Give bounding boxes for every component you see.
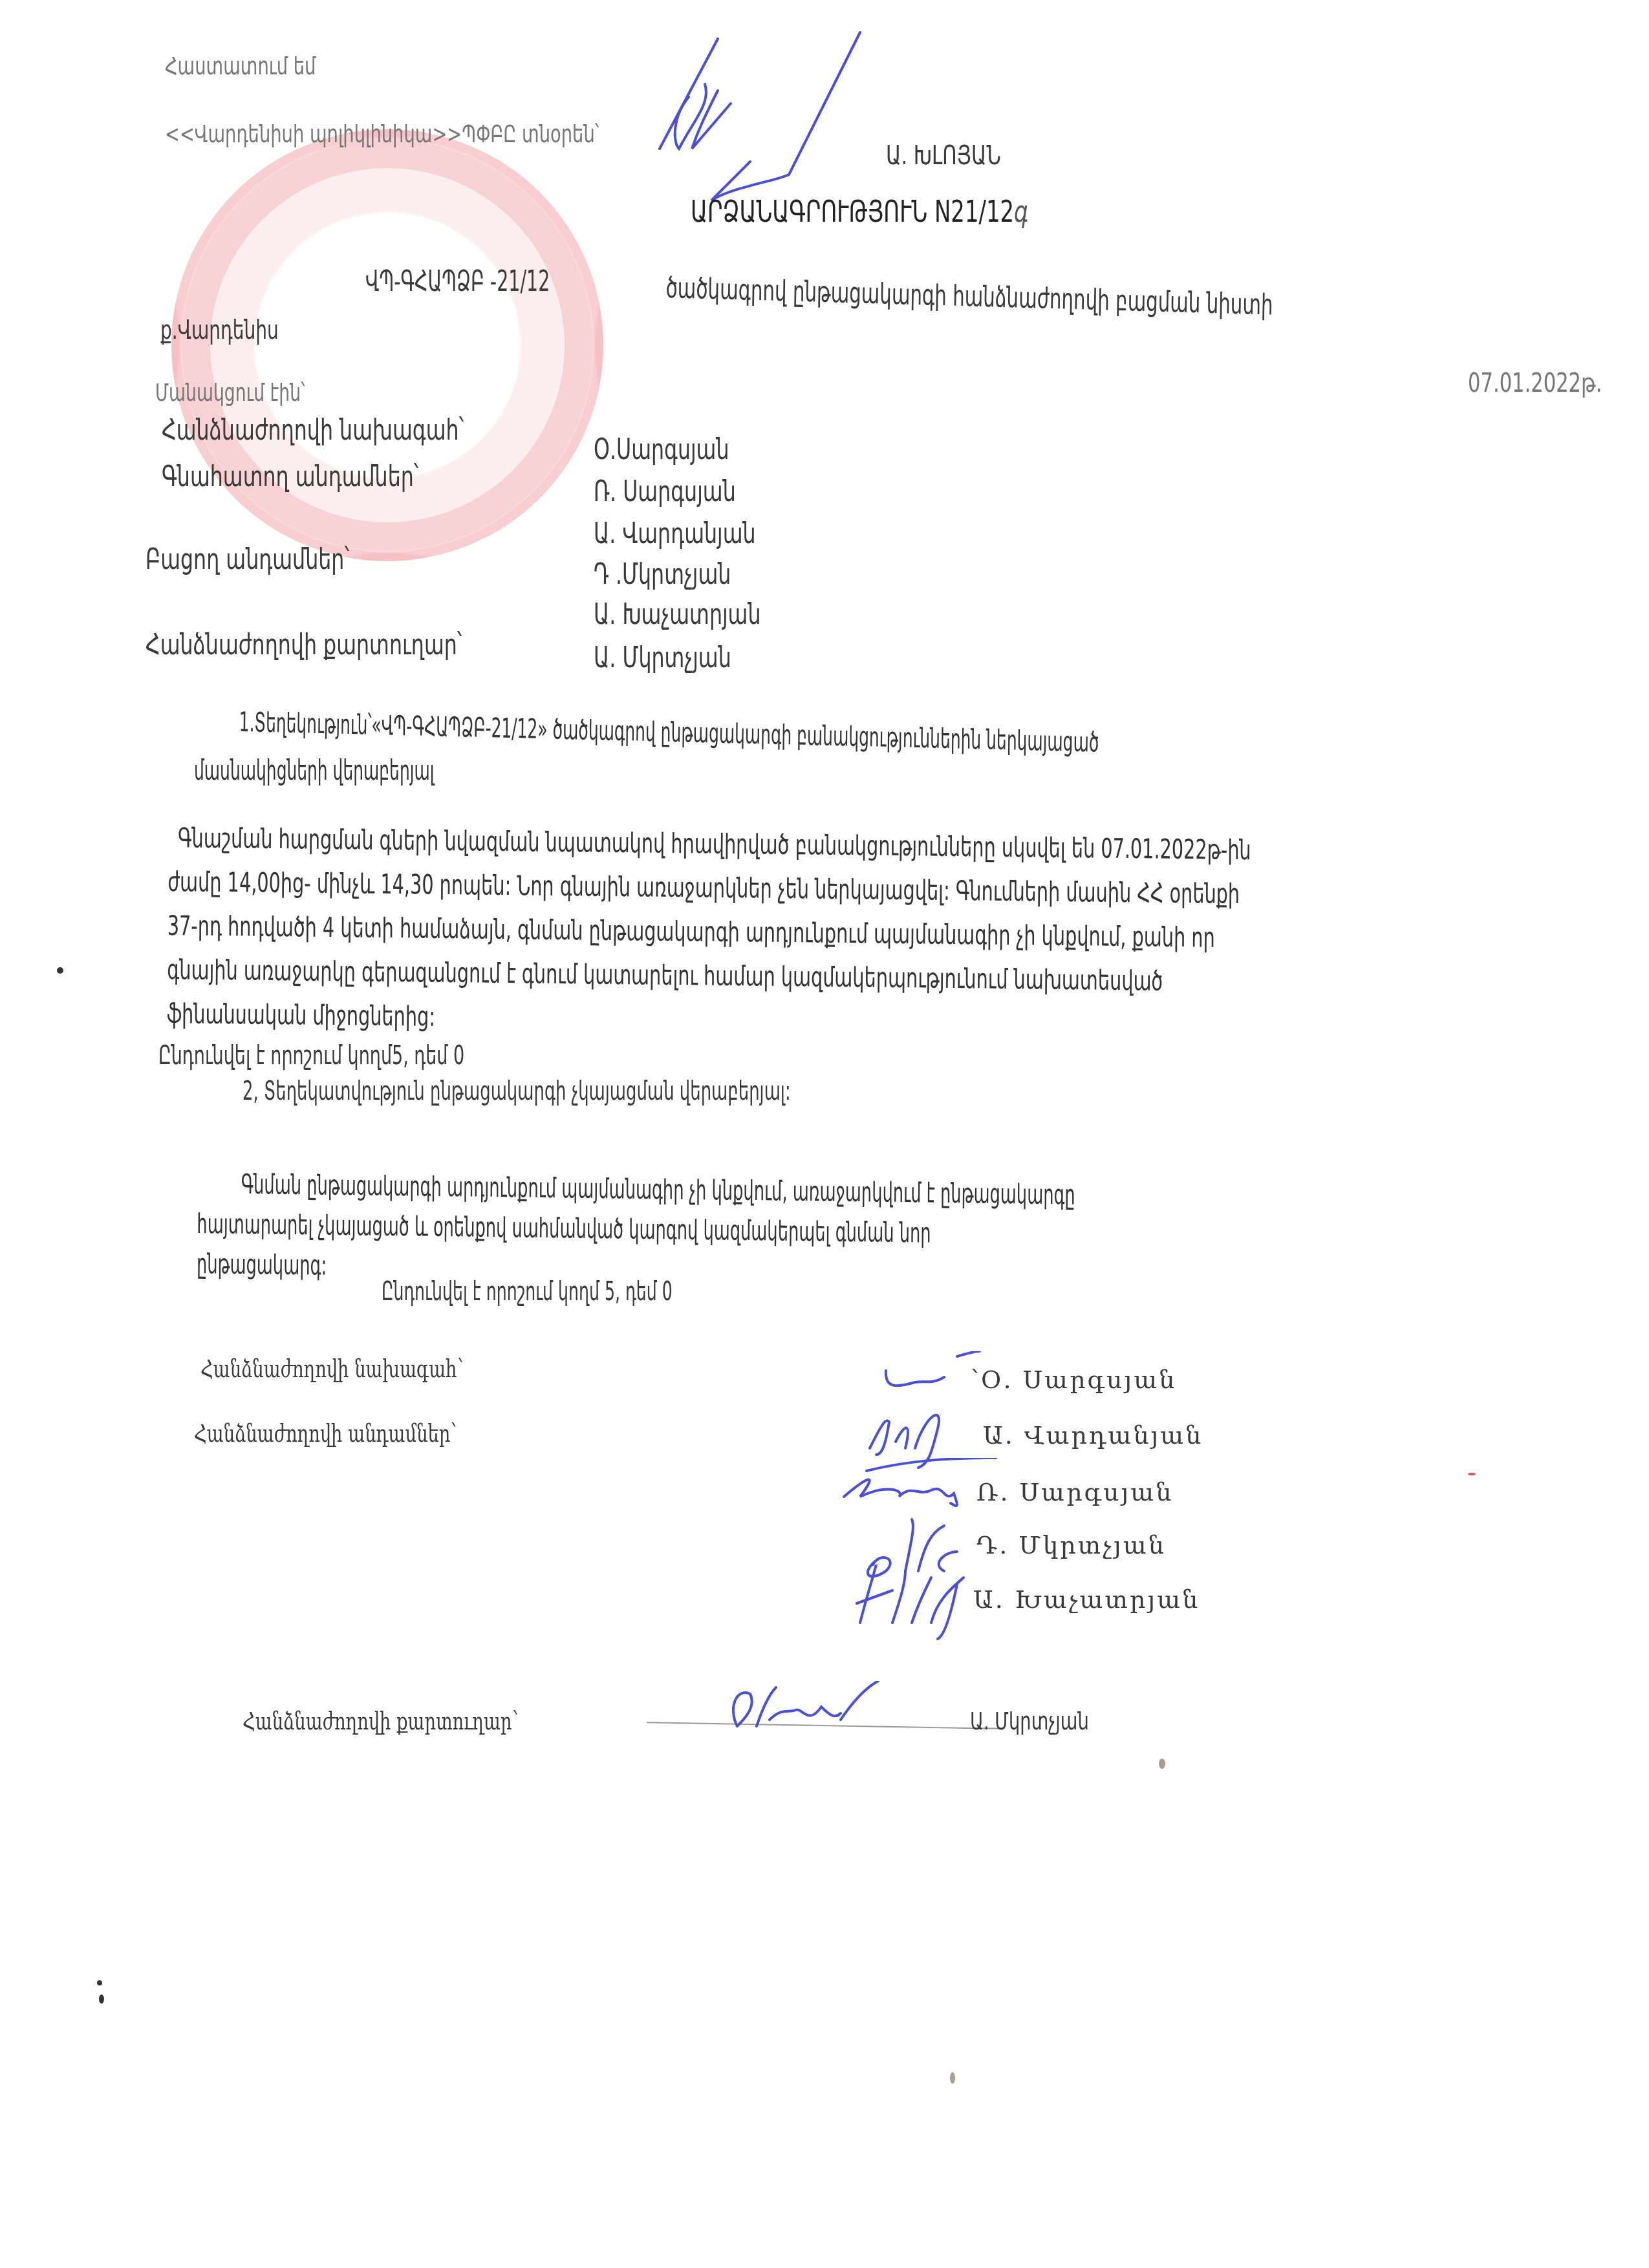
role-opener-name-2: Ա. Խաչատրյան [594,598,761,631]
document-title: ԱՐՁԱՆԱԳՐՈՒԹՅՈՒՆ N21/12գ [691,194,1028,229]
secretary-signature-line [647,1722,1002,1729]
section-2-heading: 2, Տեղեկատվություն ընթացակարգի չկայացման… [242,1076,791,1106]
signature-member-1 [867,1403,964,1474]
signature-name-member-1: Ա. Վարդանյան [983,1421,1203,1450]
director-signature [634,26,931,207]
role-opener-name-1: Դ .Մկրտչյան [594,558,731,591]
director-name: Ա. ԽԼՈՅԱՆ [886,141,1001,171]
role-evaluator-name-1: Ռ. Սարգսյան [594,475,736,508]
signature-secretary [724,1681,879,1739]
signature-name-member-4: Ա. Խաչատրյան [973,1585,1200,1614]
document-date: 07.01.2022թ. [1468,369,1602,398]
role-secretary-label: Հանձնաժողովի քարտուղար՝ [145,628,462,661]
signature-member-3 [860,1513,970,1584]
title-text: ԱՐՁԱՆԱԳՐՈՒԹՅՈՒՆ N21/12 [691,194,1014,229]
role-chair-label: Հանձնաժողովի նախագահ՝ [162,414,464,447]
section-1-heading-line: մասնակիցների վերաբերյալ [194,750,435,791]
section-2-body: Գնման ընթացակարգի արդյունքում պայմանագիր… [197,1164,1075,1295]
scan-speck [1159,1759,1165,1769]
signature-secretary-label: Հանձնաժողովի քարտուղար՝ [242,1707,519,1735]
scan-speck [97,1980,102,1985]
scan-speck [57,967,63,974]
signature-name-member-2: Ռ. Սարգսյան [976,1478,1173,1506]
scan-speck [99,1995,104,2004]
section-1-heading-cont: մասնակիցների վերաբերյալ [194,750,435,791]
role-evaluator-name-2: Ա. Վարդանյան [594,517,756,550]
title-handwritten-suffix: գ [1014,194,1028,229]
role-openers-label: Բացող անդամներ՝ [145,543,349,576]
procurement-code: ՎՊ-ԳՀԱՊՁԲ -21/12 [365,265,550,298]
section-1-body: Գնաշման հարցման գների նվազման նպատակով հ… [167,816,1251,1048]
role-evaluators-label: Գնահատող անդամներ՝ [162,460,418,493]
approval-label: Հաստատում եմ [165,52,316,80]
signature-member-4 [854,1565,970,1642]
section-1-decision: Ընդունվել է որոշում կողմ5, դեմ 0 [158,1041,464,1071]
section-2-decision: Ընդունվել է որոշում կողմ 5, դեմ 0 [382,1277,673,1307]
role-chair-name: Օ.Սարգսյան [594,433,729,466]
city-label: ք.Վարդենիս [160,316,279,345]
role-secretary-name: Ա. Մկրտչյան [594,641,731,674]
present-label: Մանակցում էին՝ [155,378,305,407]
signature-members-label: Հանձնաժողովի անդամներ՝ [194,1419,457,1448]
signature-name-chair: ՝Օ. Սարգսյան [970,1365,1176,1394]
document-subtitle: ծածկագրով ընթացակարգի հանձնաժողովի բացմա… [665,272,1273,322]
director-line: <<Վարդենիսի պոլիկլինիկա>>ՊՓԲԸ տնօրեն՝ [165,120,599,148]
scan-speck [950,2072,955,2084]
signature-name-secretary: Ա. Մկրտչյան [970,1707,1089,1735]
signature-chair-label: Հանձնաժողովի նախագահ՝ [200,1354,463,1383]
scan-speck [1468,1473,1476,1475]
signature-name-member-3: Դ. Մկրտչյան [976,1531,1166,1559]
official-stamp [171,129,603,561]
signature-chair [879,1351,983,1403]
